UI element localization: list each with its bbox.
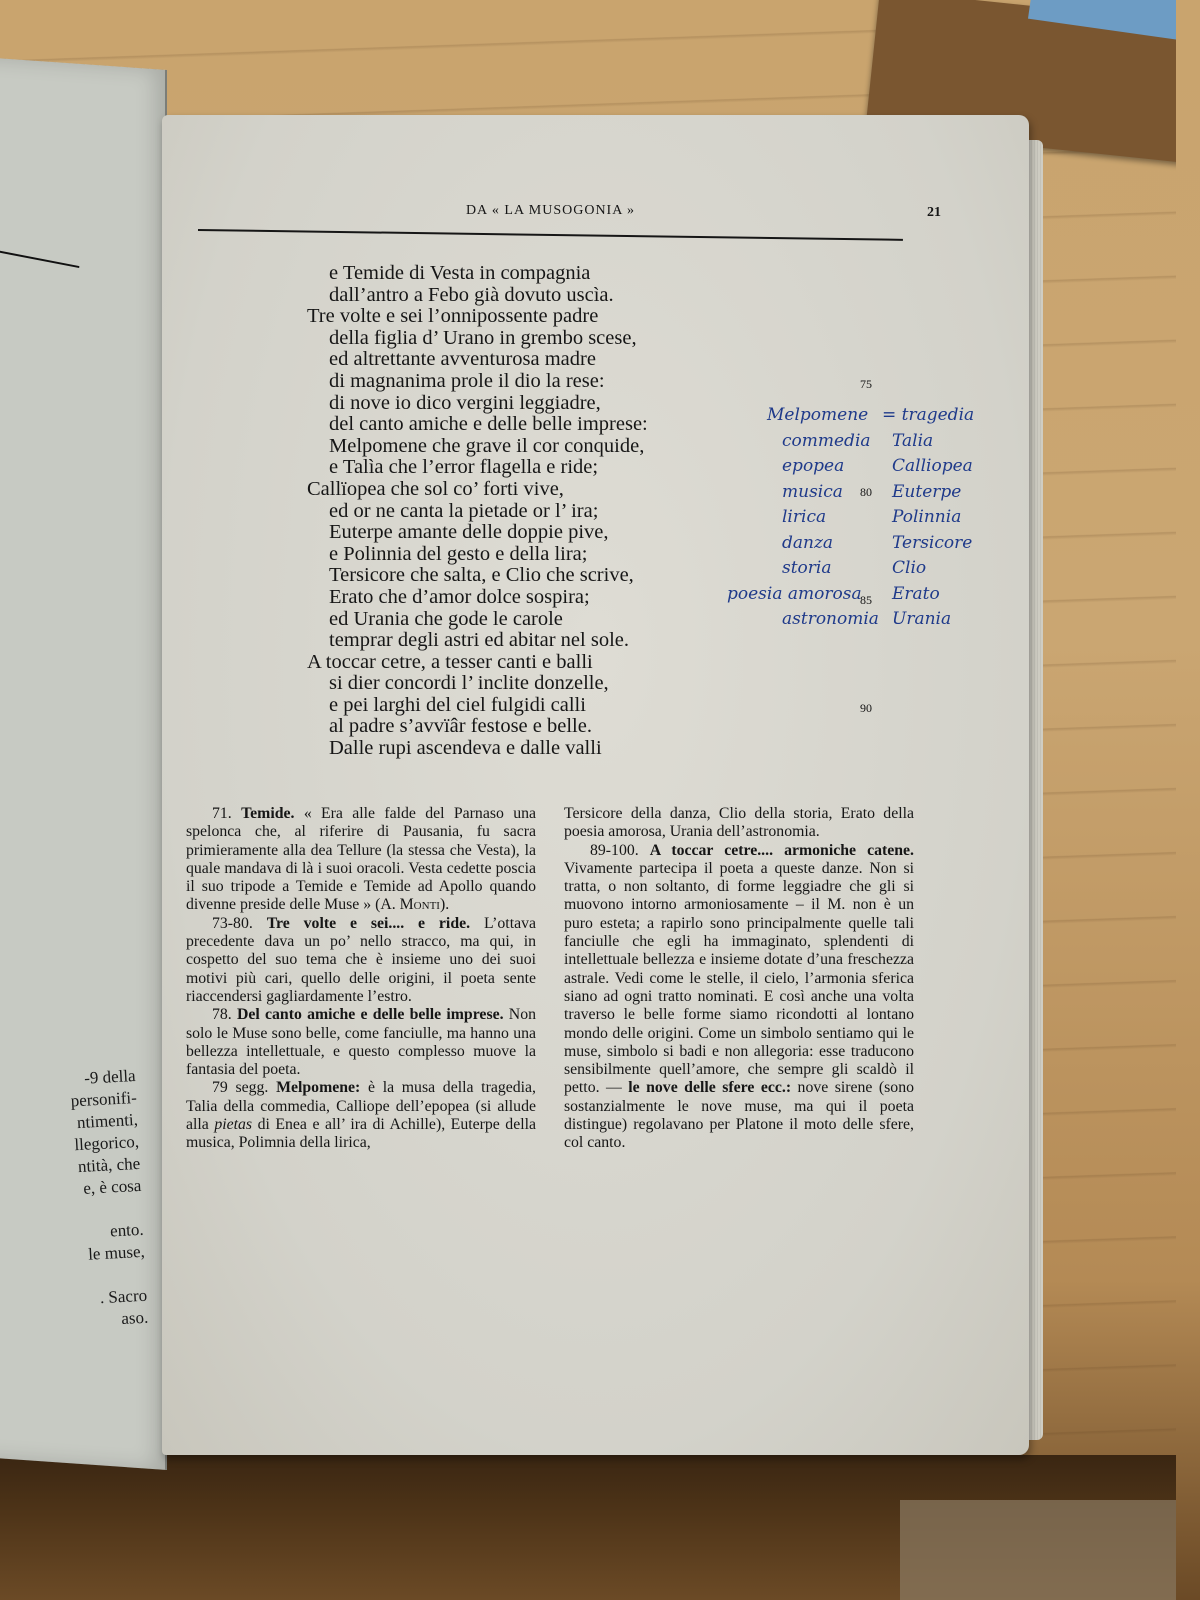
right-page: DA « LA MUSOGONIA » 21 e Temide di Vesta…: [162, 115, 1029, 1455]
annotation-right: Talia: [892, 431, 933, 451]
footnotes-left-column: 71. Temide. « Era alle falde del Parnaso…: [186, 805, 536, 1153]
poem-line: si dier concordi l’ inclite donzelle,: [307, 673, 747, 695]
note-ref: 89-100.: [590, 842, 639, 859]
note-body: « Era alle falde del Parnaso una spelonc…: [186, 805, 536, 913]
poem-line: e pei larghi del ciel fulgidi calli: [307, 695, 747, 717]
note-ref: 78.: [212, 1006, 232, 1023]
annotation-right: Euterpe: [892, 482, 961, 502]
line-number: 90: [860, 701, 872, 716]
annotation-right: = tragedia: [882, 405, 974, 425]
poem-text: e Temide di Vesta in compagniadall’antro…: [307, 263, 747, 760]
note-71: 71. Temide. « Era alle falde del Parnaso…: [186, 805, 536, 915]
poem-line: e Talìa che l’error flagella e ride;: [307, 457, 747, 479]
annotation-right: Urania: [892, 609, 951, 629]
note-89-100: 89-100. A toccar cetre.... armoniche cat…: [564, 842, 914, 1153]
annotation-left: poesia amorosa: [727, 584, 862, 604]
annotation-right: Clio: [892, 558, 926, 578]
annotation-right: Calliopea: [892, 456, 973, 476]
note-79: 79 segg. Melpomene: è la musa della trag…: [186, 1079, 536, 1152]
header-rule: [198, 229, 903, 241]
note-78: 78. Del canto amiche e delle belle impre…: [186, 1006, 536, 1079]
annotation-right: Tersicore: [892, 533, 972, 553]
poem-line: Euterpe amante delle doppie pive,: [307, 522, 747, 544]
page-stack-edge: [1029, 140, 1043, 1440]
note-body: Vivamente partecipa il poeta a queste da…: [564, 860, 914, 1097]
poem-line: Callïopea che sol co’ forti vive,: [307, 479, 747, 501]
note-italic: pietas: [214, 1116, 252, 1133]
note-heading: le nove delle sfere ecc.:: [628, 1079, 791, 1096]
line-number: 75: [860, 377, 872, 392]
note-heading: Temide.: [241, 805, 294, 822]
note-heading: Del canto amiche e delle belle imprese.: [237, 1006, 504, 1023]
note-ref: 71.: [212, 805, 232, 822]
annotation-left: musica: [782, 482, 843, 502]
poem-line: dall’antro a Febo già dovuto uscìa.: [307, 285, 747, 307]
running-title: DA « LA MUSOGONIA »: [198, 203, 903, 219]
poem-line: di magnanima prole il dio la rese:: [307, 371, 747, 393]
left-page-header-rule: [0, 247, 79, 268]
note-ref: 73-80.: [212, 915, 253, 932]
note-heading: Tre volte e sei.... e ride.: [267, 915, 470, 932]
poem-line: Melpomene che grave il cor conquide,: [307, 436, 747, 458]
annotation-left: epopea: [782, 456, 844, 476]
annotation-left: Melpomene: [767, 405, 868, 425]
poem-line: e Polinnia del gesto e della lira;: [307, 544, 747, 566]
poem-line: ed or ne canta la pietade or l’ ira;: [307, 501, 747, 523]
ruler-strip: [900, 1500, 1176, 1600]
poem-line: temprar degli astri ed abitar nel sole.: [307, 630, 747, 652]
annotation-left: storia: [782, 558, 832, 578]
annotation-left: danza: [782, 533, 833, 553]
note-73-80: 73-80. Tre volte e sei.... e ride. L’ott…: [186, 915, 536, 1006]
poem-line: ed Urania che gode le carole: [307, 609, 747, 631]
page-header: DA « LA MUSOGONIA » 21: [198, 203, 903, 227]
note-author: Monti: [400, 896, 440, 913]
annotation-left: commedia: [782, 431, 871, 451]
annotation-left: lirica: [782, 507, 826, 527]
footnotes-right-column: Tersicore della danza, Clio della storia…: [564, 805, 914, 1153]
note-heading: A toccar cetre.... armoniche catene.: [650, 842, 914, 859]
poem-line: A toccar cetre, a tesser canti e balli: [307, 652, 747, 674]
poem-line: del canto amiche e delle belle imprese:: [307, 414, 747, 436]
annotation-right: Polinnia: [892, 507, 961, 527]
note-body: Tersicore della danza, Clio della storia…: [564, 805, 914, 840]
note-heading: Melpomene:: [276, 1079, 360, 1096]
poem-line: Tersicore che salta, e Clio che scrive,: [307, 565, 747, 587]
poem-line: Tre volte e sei l’onnipossente padre: [307, 306, 747, 328]
annotation-right: Erato: [892, 584, 940, 604]
handwritten-annotations: Melpomene= tragediacommediaTaliaepopeaCa…: [727, 405, 1017, 665]
poem-line: Dalle rupi ascendeva e dalle valli: [307, 738, 747, 760]
note-ref: 79 segg.: [212, 1079, 268, 1096]
poem-line: al padre s’avvïâr festose e belle.: [307, 716, 747, 738]
poem-line: ed altrettante avventurosa madre: [307, 349, 747, 371]
annotation-left: astronomia: [782, 609, 879, 629]
poem-line: Erato che d’amor dolce sospira;: [307, 587, 747, 609]
page-number: 21: [927, 205, 941, 221]
note-continuation: Tersicore della danza, Clio della storia…: [564, 805, 914, 842]
note-end: ).: [440, 896, 449, 913]
left-page-text-fragments: -9 dellapersonifi-ntimenti,llegorico,nti…: [0, 1065, 149, 1336]
poem-line: della figlia d’ Urano in grembo scese,: [307, 328, 747, 350]
poem-line: e Temide di Vesta in compagnia: [307, 263, 747, 285]
poem-line: di nove io dico vergini leggiadre,: [307, 393, 747, 415]
